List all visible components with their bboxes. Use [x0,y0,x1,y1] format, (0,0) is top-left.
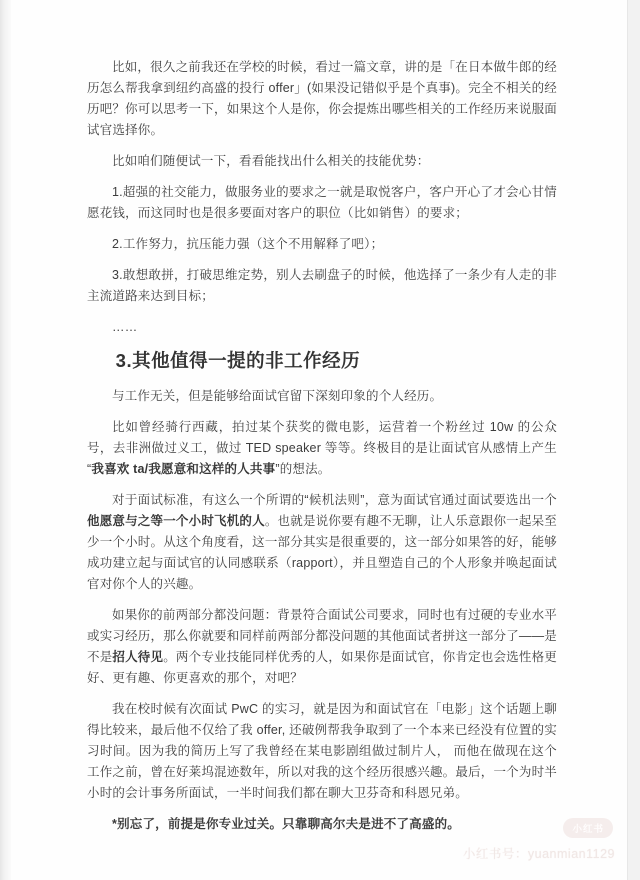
xiaohongshu-id-label: 小红书号：yuanmian1129 [463,844,615,862]
article-body: 比如，很久之前我还在学校的时候，看过一篇文章，讲的是「在日本做牛郎的经历怎么帮我… [87,57,557,845]
list-item-1: 1.超强的社交能力，做服务业的要求之一就是取悦客户，客户开心了才会心甘情愿花钱，… [87,182,557,224]
xiaohongshu-badge: 小红书 [563,818,613,838]
paragraph-examples: 比如曾经骑行西藏，拍过某个获奖的微电影，运营着一个粉丝过 10w 的公众号，去非… [87,417,557,480]
text-segment: 对于面试标准，有这么一个所谓的“候机法则”，意为面试官通过面试要选出一个 [112,493,557,507]
author-note: *别忘了，前提是你专业过关。只靠聊高尔夫是进不了高盛的。 [87,814,557,835]
section-heading: 3.其他值得一提的非工作经历 [87,348,557,374]
paragraph-definition: 与工作无关，但是能够给面试官留下深刻印象的个人经历。 [87,386,557,407]
list-item-2: 2.工作努力，抗压能力强（这个不用解释了吧）； [87,234,557,255]
paragraph-pwc-story: 我在校时候有次面试 PwC 的实习，就是因为和面试官在「电影」这个话题上聊得比较… [87,699,557,804]
list-item-3: 3.敢想敢拼，打破思维定势，别人去刷盘子的时候，他选择了一条少有人走的非主流道路… [87,265,557,307]
page-right-edge [627,0,640,880]
paragraph-likeable: 如果你的前两部分都没问题：背景符合面试公司要求，同时也有过硬的专业水平或实习经历… [87,605,557,689]
bold-text-segment: 他愿意与之等一个小时飞机的人 [87,514,265,528]
paragraph-intro: 比如，很久之前我还在学校的时候，看过一篇文章，讲的是「在日本做牛郎的经历怎么帮我… [87,57,557,141]
bold-text-segment: 我喜欢 ta/我愿意和这样的人共事 [91,462,275,476]
page-left-edge [0,0,11,880]
document-page: 比如，很久之前我还在学校的时候，看过一篇文章，讲的是「在日本做牛郎的经历怎么帮我… [0,0,640,880]
paragraph-airport-rule: 对于面试标准，有这么一个所谓的“候机法则”，意为面试官通过面试要选出一个他愿意与… [87,490,557,595]
paragraph-lead-in: 比如咱们随便试一下，看看能找出什么相关的技能优势： [87,151,557,172]
bold-text-segment: 招人待见 [112,650,163,664]
text-segment: ”的想法。 [275,462,330,476]
ellipsis-line: …… [87,317,557,338]
